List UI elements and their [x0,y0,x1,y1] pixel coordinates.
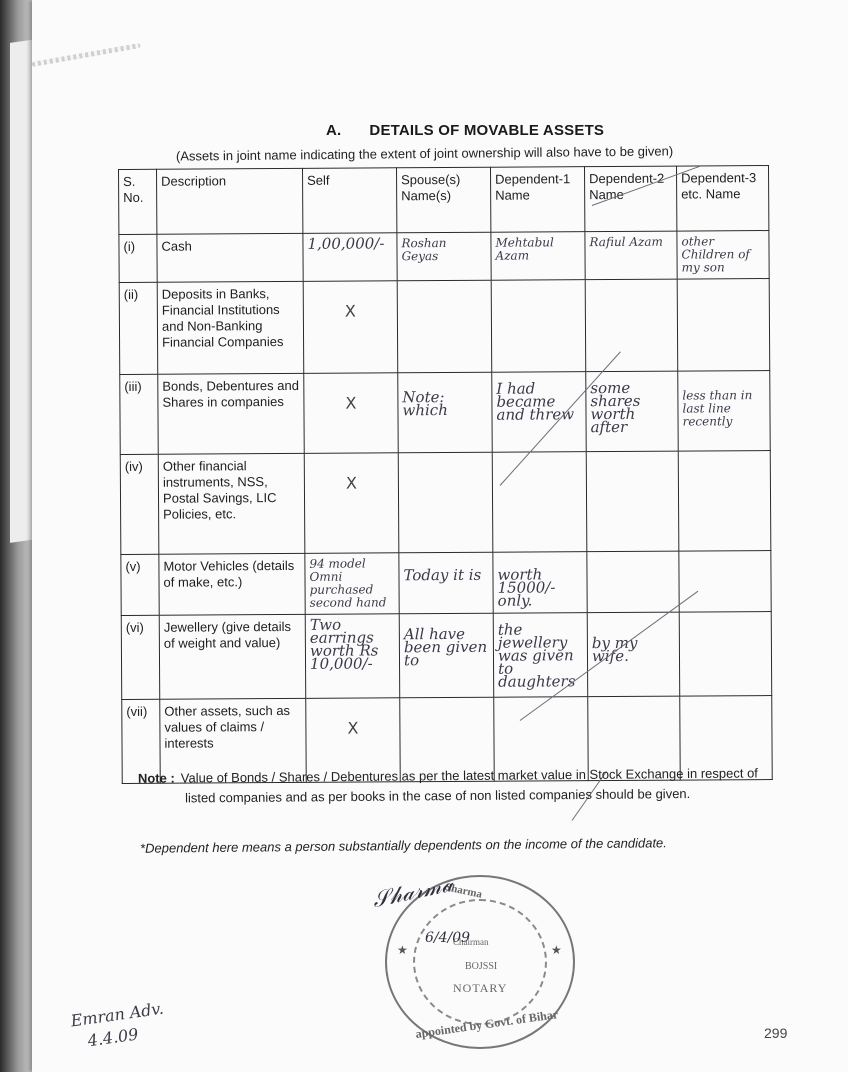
handwritten-entry: 1,00,000/- [307,237,392,251]
table-row: (i) Cash 1,00,000/- Roshan Geyas Mehtabu… [119,231,769,283]
stamp-line-3: NOTARY [453,981,507,996]
cell-sno: (ii) [119,282,158,374]
cell-dependent-1: the jewellery was given to daughters [493,613,588,698]
header-spouse: Spouse(s) Name(s) [396,167,490,233]
handwritten-entry: Two earrings worth Rs 10,000/- [310,618,395,671]
cell-sno: (iv) [120,454,159,554]
cell-dependent-1: Mehtabul Azam [491,232,585,281]
cross-mark: X [308,303,393,320]
handwritten-entry: All have been given to [404,628,489,668]
handwritten-entry: Note: which [402,391,487,418]
cell-self: 1,00,000/- [303,233,397,282]
cell-dependent-2: by my wife. [587,612,680,697]
note-text: Value of Bonds / Shares / Debentures as … [181,765,758,805]
handwritten-entry: 94 model Omni purchased second hand [309,557,394,610]
page-number: 299 [764,1025,787,1041]
cell-dependent-3 [679,612,772,697]
cell-description: Deposits in Banks, Financial Institution… [157,281,304,374]
cell-dependent-3: less than in last line recently [678,371,770,452]
cell-dependent-1: worth 15000/- only. [493,552,587,614]
cell-description: Bonds, Debentures and Shares in companie… [158,373,304,454]
star-icon: ★ [551,943,562,958]
header-self: Self [302,168,396,234]
cell-dependent-1 [491,280,586,373]
cell-dependent-2: Rafiul Azam [585,231,677,280]
cell-dependent-2 [586,451,679,552]
cell-spouse: Roshan Geyas [397,232,491,281]
note-block: Note :Value of Bonds / Shares / Debentur… [138,763,788,809]
table-row: (ii) Deposits in Banks, Financial Instit… [119,279,770,375]
cell-dependent-2 [587,551,679,613]
header-sno: S. No. [119,169,157,234]
section-title-text: DETAILS OF MOVABLE ASSETS [369,122,604,139]
cross-mark: X [309,475,394,492]
binding-string [32,43,141,67]
table-row: (iv) Other financial instruments, NSS, P… [120,451,771,555]
handwritten-entry: worth 15000/- only. [497,568,582,608]
handwritten-entry: Today it is [403,569,488,583]
cell-dependent-2: some shares worth after [586,371,678,452]
note-label: Note : [138,771,175,786]
cell-self: X [304,453,399,554]
handwritten-entry: I had became and threw [496,382,581,422]
cell-dependent-2 [585,279,678,372]
stamp-line-2: BOJSSI [465,961,497,972]
notary-signature-date: 6/4/09 [425,930,470,946]
cell-self: 94 model Omni purchased second hand [305,553,399,615]
section-letter: A. [326,122,341,139]
header-dependent-2: Dependent-2 Name [584,166,676,232]
cell-sno: (i) [119,234,157,282]
table-row: (iii) Bonds, Debentures and Shares in co… [120,371,770,455]
cross-mark: X [310,720,395,737]
cell-self: Two earrings worth Rs 10,000/- [305,614,400,699]
cross-mark: X [308,395,393,412]
section-title: A.DETAILS OF MOVABLE ASSETS [326,122,604,139]
cell-sno: (vi) [121,615,160,699]
table-row: (v) Motor Vehicles (details of make, etc… [121,551,771,616]
cell-spouse [397,280,492,373]
handwritten-entry: some shares worth after [590,382,673,435]
header-dependent-1: Dependent-1 Name [490,167,584,233]
cell-spouse: Note: which [398,372,492,453]
header-description: Description [157,168,303,234]
cell-spouse [398,452,493,553]
cell-dependent-1 [492,452,587,553]
handwritten-entry: Rafiul Azam [589,236,672,250]
cell-spouse: All have been given to [399,613,494,698]
movable-assets-table: S. No. Description Self Spouse(s) Name(s… [118,165,773,784]
cell-sno: (v) [121,554,159,615]
cell-description: Cash [157,233,303,282]
handwritten-entry: other Children of my son [681,235,764,275]
cell-self: X [303,281,398,374]
handwritten-entry: Mehtabul Azam [495,236,580,263]
cell-sno: (iii) [120,374,158,454]
cell-self: X [304,373,398,454]
star-icon: ★ [397,943,408,958]
cell-description: Jewellery (give details of weight and va… [159,614,306,699]
cell-dependent-3 [679,551,771,613]
handwritten-entry: Roshan Geyas [401,237,486,264]
cell-dependent-3: other Children of my son [677,231,769,280]
table-row: (vi) Jewellery (give details of weight a… [121,612,772,700]
cell-dependent-3 [678,451,771,552]
handwritten-entry: the jewellery was given to daughters [498,623,583,689]
header-dependent-3: Dependent-3 etc. Name [676,166,768,232]
handwritten-entry: less than in last line recently [682,389,765,429]
cell-dependent-3 [677,279,770,372]
cell-spouse: Today it is [399,552,493,614]
cell-description: Other financial instruments, NSS, Postal… [158,453,305,554]
cell-description: Motor Vehicles (details of make, etc.) [159,553,305,615]
